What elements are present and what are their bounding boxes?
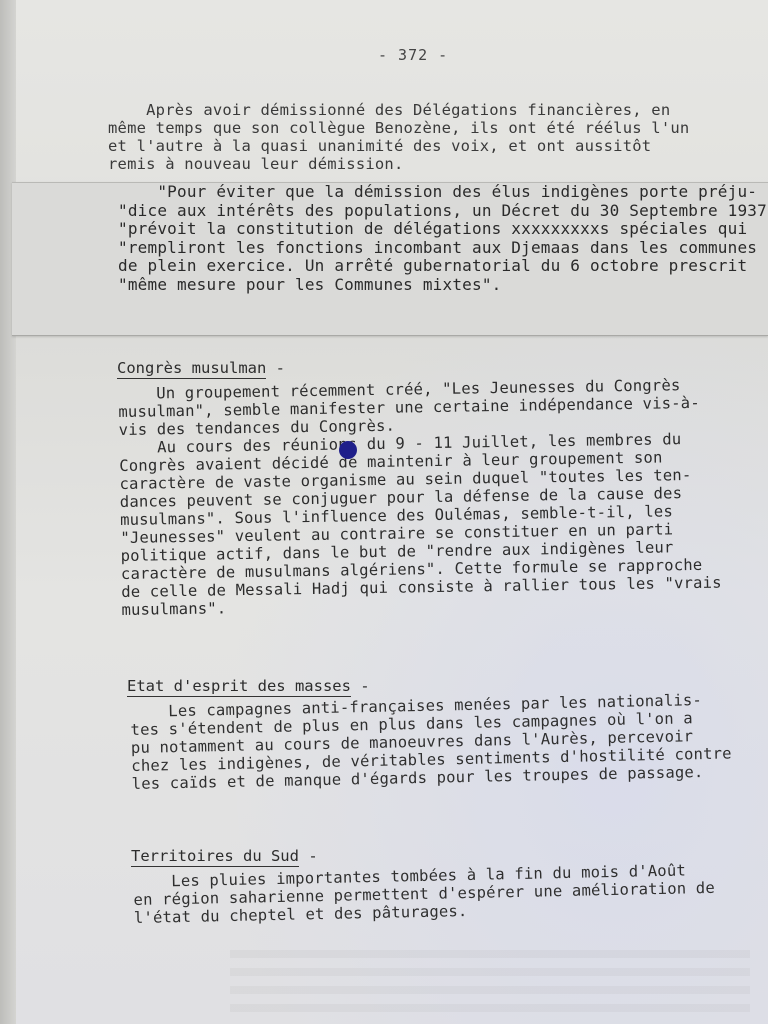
section-heading-etat-esprit: Etat d'esprit des masses - (127, 677, 370, 695)
page-number: - 372 - (378, 46, 448, 64)
section-body-territoires-sud: Les pluies importantes tombées à la fin … (133, 861, 715, 927)
typewritten-page: - 372 - Après avoir démissionné des Délé… (0, 0, 768, 1024)
pasted-quote: "Pour éviter que la démission des élus i… (118, 183, 767, 294)
section-heading-congres-musulman: Congrès musulman - (117, 359, 285, 377)
section-body-congres-musulman: Un groupement récemment créé, "Les Jeune… (118, 376, 722, 619)
heading-text: Congrès musulman (117, 359, 266, 379)
bleed-through-text (230, 950, 750, 1020)
ink-dot (339, 441, 357, 459)
heading-dash: - (351, 677, 370, 695)
section-body-etat-esprit: Les campagnes anti-françaises menées par… (130, 690, 732, 793)
heading-text: Territoires du Sud (131, 847, 299, 867)
page-edge (0, 0, 16, 1024)
intro-paragraph: Après avoir démissionné des Délégations … (108, 101, 689, 173)
heading-text: Etat d'esprit des masses (127, 677, 351, 697)
heading-dash: - (266, 359, 285, 377)
heading-dash: - (299, 847, 318, 865)
section-heading-territoires-sud: Territoires du Sud - (131, 847, 318, 865)
